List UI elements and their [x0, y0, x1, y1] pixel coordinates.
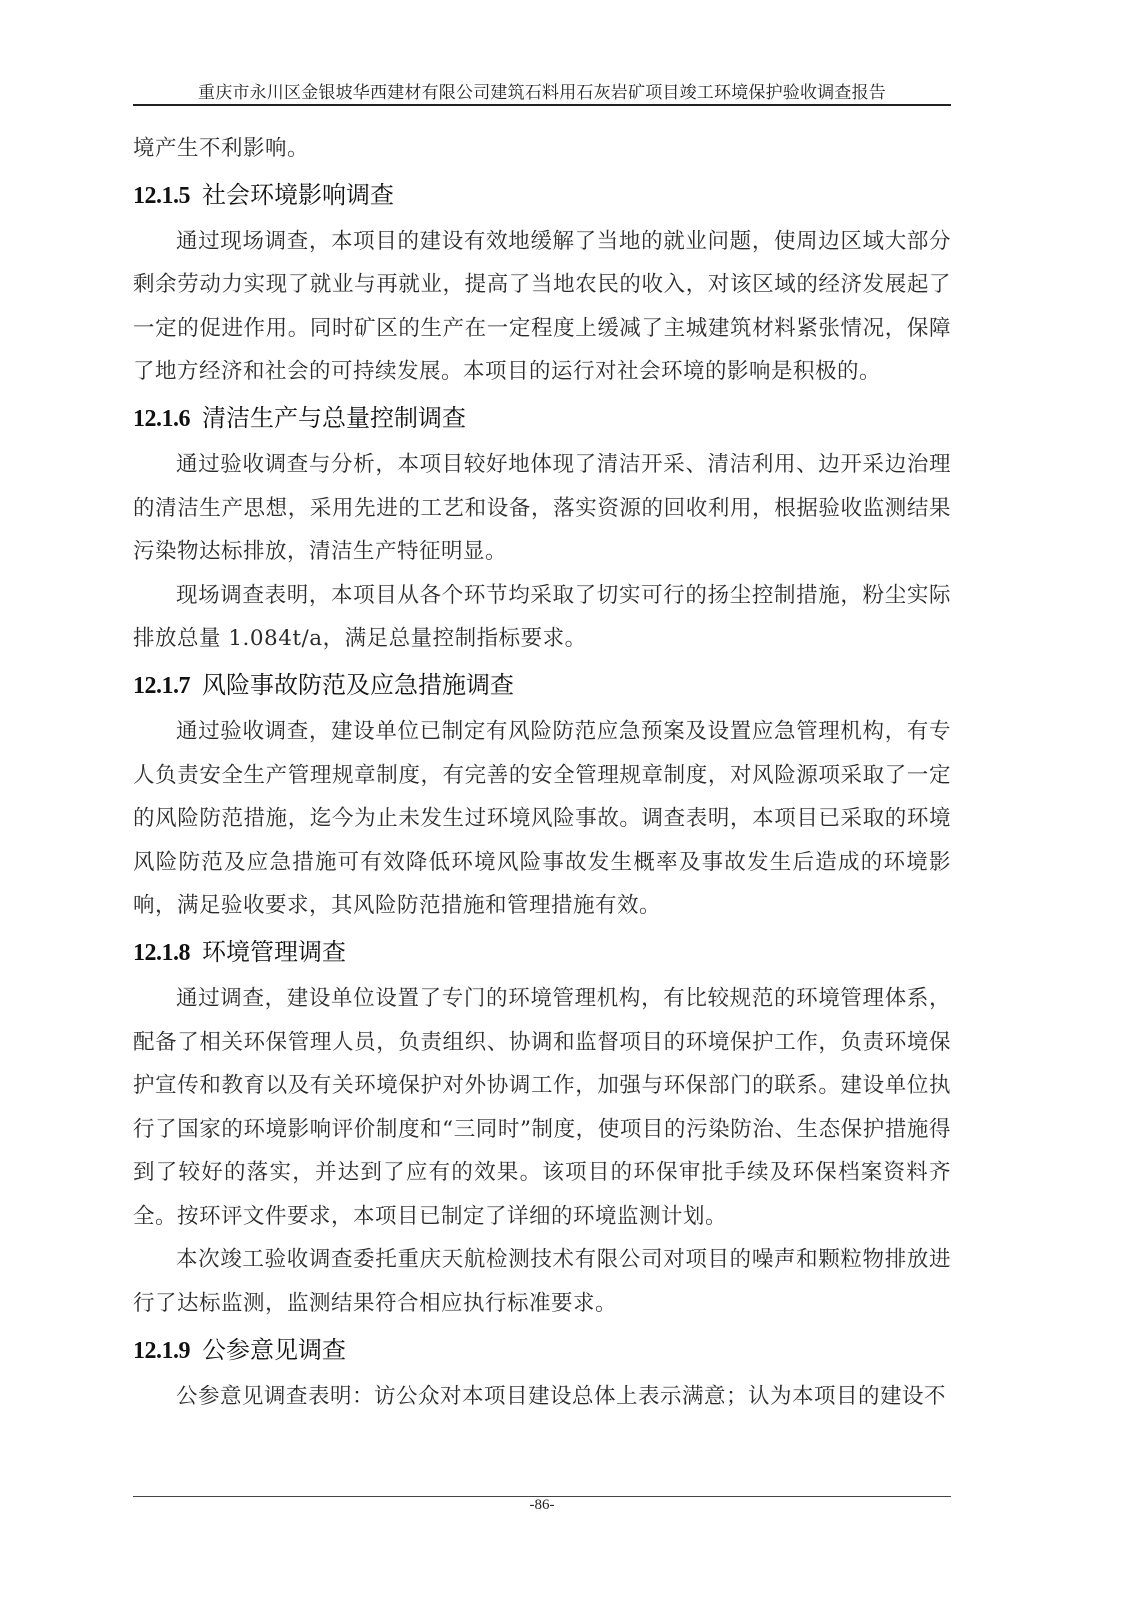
body-paragraph: 通过调查，建设单位设置了专门的环境管理机构，有比较规范的环境管理体系，配备了相关… — [133, 977, 951, 1239]
body-paragraph: 通过验收调查与分析，本项目较好地体现了清洁开采、清洁利用、边开采边治理的清洁生产… — [133, 443, 951, 574]
continued-paragraph: 境产生不利影响。 — [133, 127, 951, 171]
document-page: 重庆市永川区金银坡华西建材有限公司建筑石料用石灰岩矿项目竣工环境保护验收调查报告… — [0, 0, 1131, 1600]
section-title: 环境管理调查 — [202, 938, 346, 966]
section-title: 风险事故防范及应急措施调查 — [202, 671, 514, 699]
section-title: 社会环境影响调查 — [202, 181, 394, 209]
body-paragraph: 通过验收调查，建设单位已制定有风险防范应急预案及设置应急管理机构，有专人负责安全… — [133, 710, 951, 928]
header-divider — [133, 104, 951, 106]
section-heading-12-1-9: 12.1.9公参意见调查 — [133, 1326, 951, 1375]
section-heading-12-1-6: 12.1.6清洁生产与总量控制调查 — [133, 394, 951, 443]
section-heading-12-1-7: 12.1.7风险事故防范及应急措施调查 — [133, 661, 951, 710]
section-title: 清洁生产与总量控制调查 — [202, 404, 466, 432]
body-paragraph: 通过现场调查，本项目的建设有效地缓解了当地的就业问题，使周边区域大部分剩余劳动力… — [133, 220, 951, 394]
section-heading-12-1-5: 12.1.5社会环境影响调查 — [133, 171, 951, 220]
page-body: 境产生不利影响。 12.1.5社会环境影响调查 通过现场调查，本项目的建设有效地… — [133, 127, 951, 1418]
section-number: 12.1.5 — [133, 183, 190, 209]
body-paragraph: 本次竣工验收调查委托重庆天航检测技术有限公司对项目的噪声和颗粒物排放进行了达标监… — [133, 1238, 951, 1325]
section-number: 12.1.8 — [133, 940, 190, 966]
section-number: 12.1.6 — [133, 406, 190, 432]
section-title: 公参意见调查 — [202, 1336, 346, 1364]
section-heading-12-1-8: 12.1.8环境管理调查 — [133, 928, 951, 977]
section-number: 12.1.9 — [133, 1338, 190, 1364]
body-paragraph: 现场调查表明，本项目从各个环节均采取了切实可行的扬尘控制措施，粉尘实际排放总量 … — [133, 574, 951, 661]
page-number: -86- — [133, 1497, 951, 1514]
body-paragraph: 公参意见调查表明：访公众对本项目建设总体上表示满意；认为本项目的建设不 — [133, 1375, 951, 1419]
running-header-title: 重庆市永川区金银坡华西建材有限公司建筑石料用石灰岩矿项目竣工环境保护验收调查报告 — [133, 78, 951, 103]
section-number: 12.1.7 — [133, 673, 190, 699]
